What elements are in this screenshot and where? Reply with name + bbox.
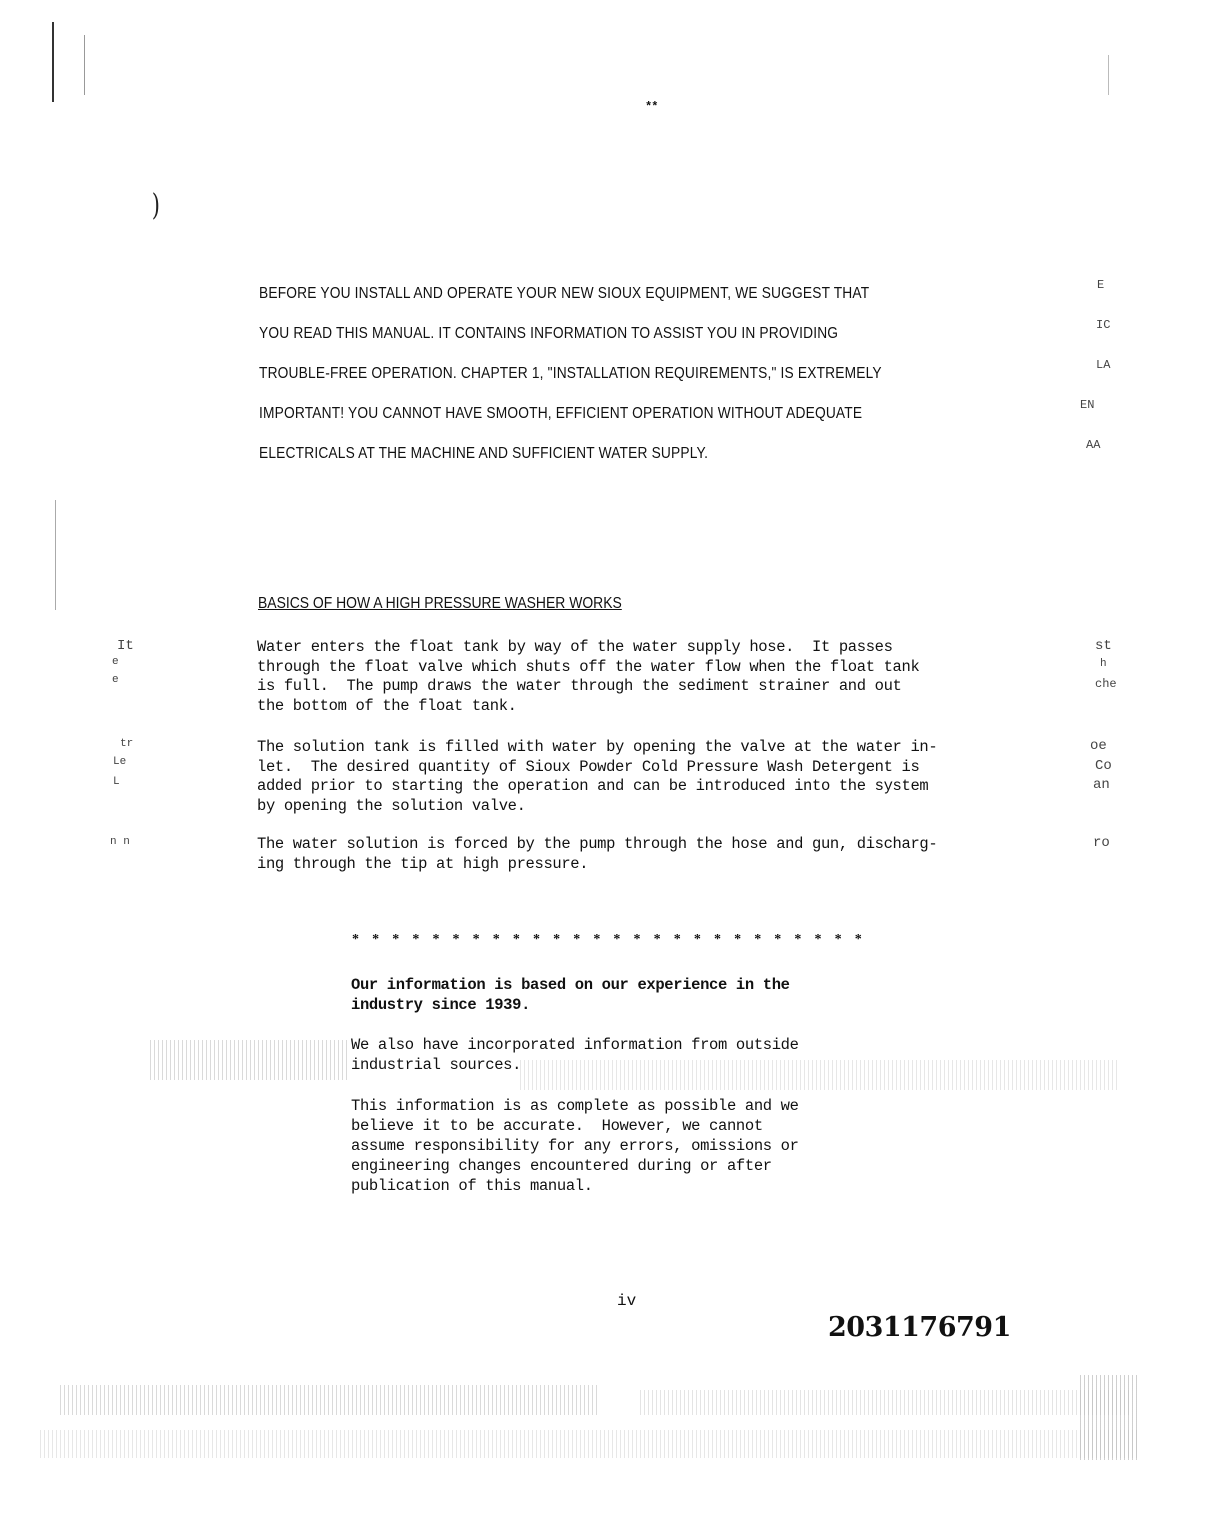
asterisk: * <box>513 932 520 948</box>
disclaimer-experience: Our information is based on our experien… <box>351 975 790 1015</box>
margin-fragment: oe <box>1090 738 1107 754</box>
intro-line: IMPORTANT! YOU CANNOT HAVE SMOOTH, EFFIC… <box>259 394 947 434</box>
paragraph-pump: The water solution is forced by the pump… <box>257 835 1037 874</box>
asterisk: * <box>473 932 480 948</box>
asterisk: * <box>392 932 399 948</box>
margin-fragment: AA <box>1086 438 1100 452</box>
scan-noise <box>1080 1375 1140 1460</box>
margin-fragment: che <box>1095 677 1117 691</box>
asterisk: * <box>835 932 842 948</box>
margin-fragment: ro <box>1093 835 1110 851</box>
asterisk: * <box>573 932 580 948</box>
scan-edge-mark <box>84 35 85 95</box>
asterisk: * <box>674 932 681 948</box>
intro-line: YOU READ THIS MANUAL. IT CONTAINS INFORM… <box>259 314 947 354</box>
intro-line: ELECTRICALS AT THE MACHINE AND SUFFICIEN… <box>259 434 947 474</box>
margin-fragment: e <box>112 656 119 668</box>
asterisk: * <box>794 932 801 948</box>
margin-fragment: an <box>1093 777 1110 793</box>
margin-fragment: n n <box>110 836 130 848</box>
asterisk: * <box>754 932 761 948</box>
asterisk: * <box>412 932 419 948</box>
asterisk: * <box>714 932 721 948</box>
scan-edge-mark <box>52 22 54 102</box>
intro-line: TROUBLE-FREE OPERATION. CHAPTER 1, "INST… <box>259 354 947 394</box>
intro-notice: BEFORE YOU INSTALL AND OPERATE YOUR NEW … <box>259 274 1059 474</box>
margin-fragment: h <box>1100 658 1107 670</box>
section-heading: BASICS OF HOW A HIGH PRESSURE WASHER WOR… <box>258 595 622 613</box>
margin-fragment: Le <box>113 756 126 768</box>
scan-noise <box>40 1430 1140 1458</box>
disclaimer-liability: This information is as complete as possi… <box>351 1096 799 1196</box>
asterisk: * <box>815 932 822 948</box>
margin-fragment: It <box>117 638 134 654</box>
asterisk: * <box>593 932 600 948</box>
margin-fragment: Co <box>1095 758 1112 774</box>
scanned-document-page: ** ) BEFORE YOU INSTALL AND OPERATE YOUR… <box>0 0 1218 1520</box>
scan-artifact: ) <box>152 188 160 223</box>
margin-fragment: LA <box>1096 358 1110 372</box>
scan-noise <box>150 1040 350 1080</box>
margin-fragment: e <box>112 674 119 686</box>
scan-noise <box>60 1385 600 1415</box>
margin-fragment: IC <box>1096 318 1110 332</box>
paragraph-float-tank: Water enters the float tank by way of th… <box>257 638 1037 716</box>
asterisk: * <box>634 932 641 948</box>
asterisk: * <box>533 932 540 948</box>
asterisk: * <box>432 932 439 948</box>
page-number: iv <box>617 1292 636 1310</box>
margin-fragment: EN <box>1080 398 1094 412</box>
asterisk: * <box>734 932 741 948</box>
scan-edge-mark <box>1108 55 1109 95</box>
asterisk: * <box>855 932 862 948</box>
scan-noise <box>520 1060 1120 1090</box>
asterisk: * <box>613 932 620 948</box>
scan-noise <box>640 1390 1130 1415</box>
asterisk: * <box>654 932 661 948</box>
paragraph-solution-tank: The solution tank is filled with water b… <box>257 738 1037 816</box>
asterisk: * <box>553 932 560 948</box>
asterisk-divider: ************************** <box>352 932 862 948</box>
margin-fragment: st <box>1095 638 1112 654</box>
intro-line: BEFORE YOU INSTALL AND OPERATE YOUR NEW … <box>259 274 947 314</box>
asterisk: * <box>694 932 701 948</box>
margin-fragment: tr <box>120 738 133 750</box>
asterisk: * <box>372 932 379 948</box>
asterisk: * <box>352 932 359 948</box>
scan-edge-mark <box>55 500 56 610</box>
top-mark: ** <box>645 100 657 114</box>
asterisk: * <box>453 932 460 948</box>
asterisk: * <box>774 932 781 948</box>
document-id-stamp: 2031176791 <box>828 1312 1011 1343</box>
margin-fragment: E <box>1097 278 1104 292</box>
margin-fragment: L <box>113 776 120 788</box>
asterisk: * <box>493 932 500 948</box>
